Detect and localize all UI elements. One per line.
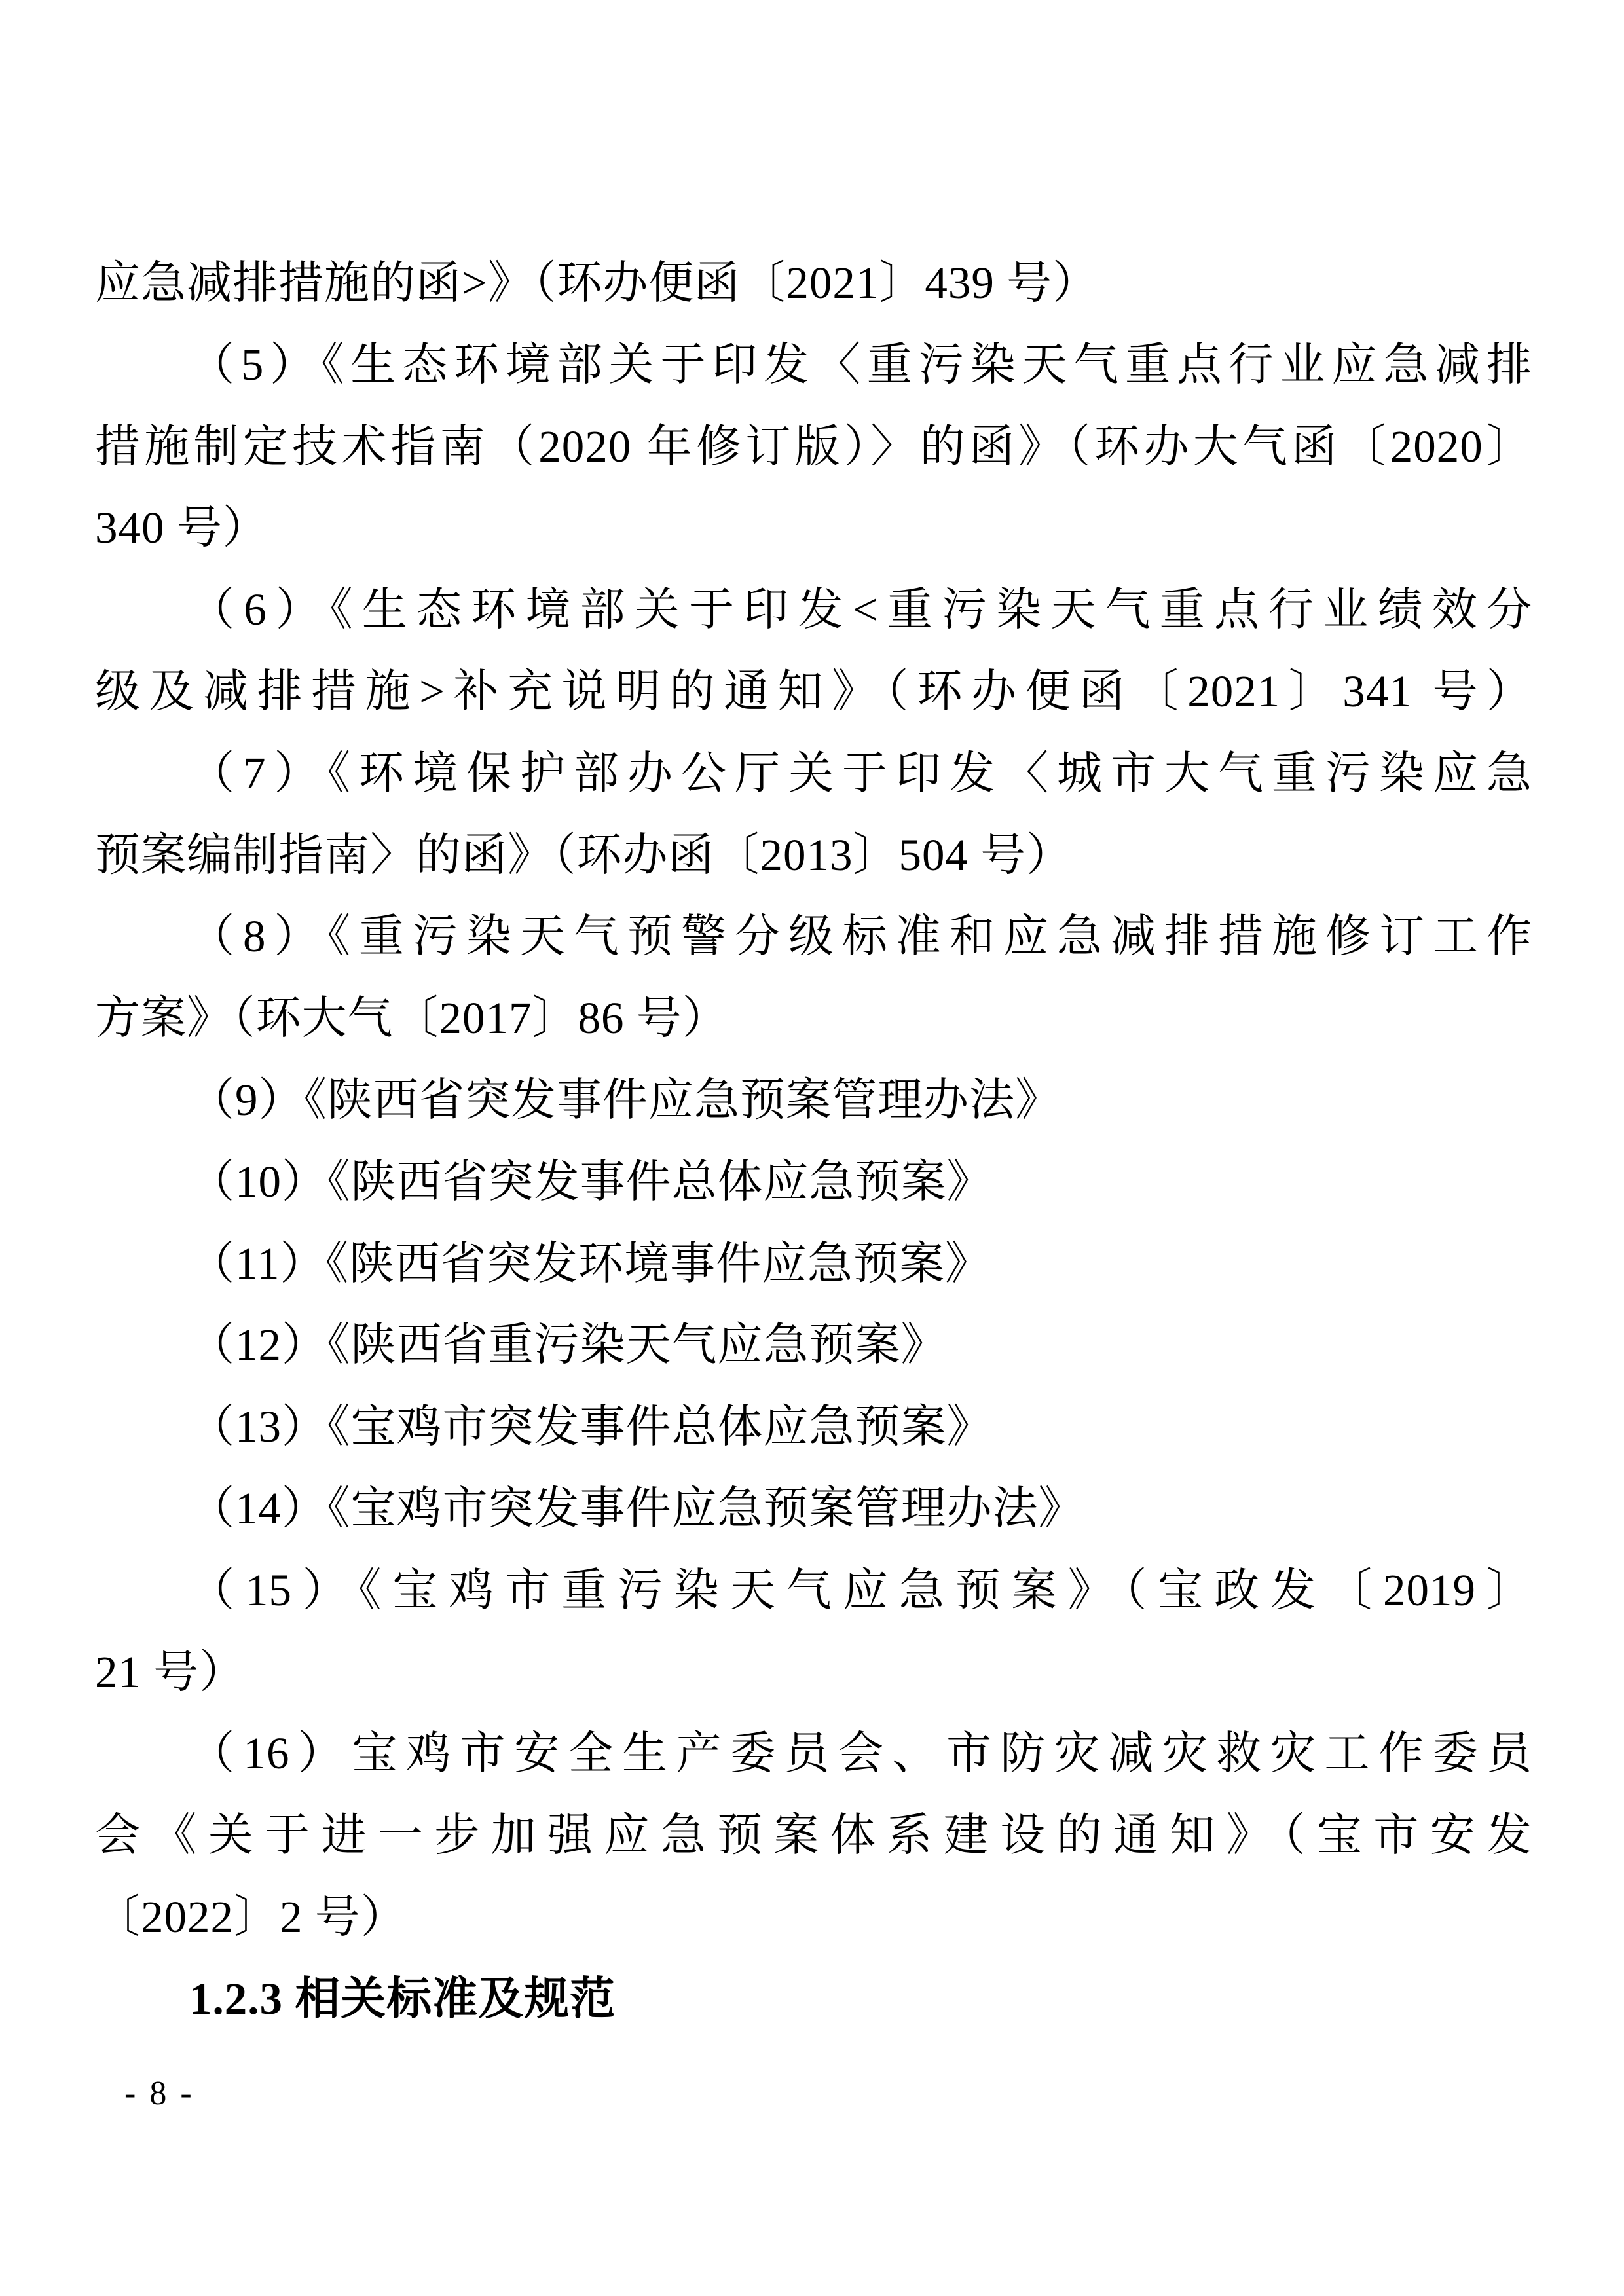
document-line: 〔2022〕2 号） <box>95 1876 1532 1958</box>
page-number: - 8 - <box>124 2068 194 2120</box>
document-line: （9）《陕西省突发事件应急预案管理办法》 <box>95 1059 1532 1141</box>
document-line: （6）《生态环境部关于印发<重污染天气重点行业绩效分 <box>95 569 1532 651</box>
document-line: 会《关于进一步加强应急预案体系建设的通知》（宝市安发 <box>95 1795 1532 1876</box>
document-line: 应急减排措施的函>》（环办便函〔2021〕439 号） <box>95 242 1532 324</box>
text-block: 应急减排措施的函>》（环办便函〔2021〕439 号） （5）《生态环境部关于印… <box>95 242 1532 2040</box>
document-line: （10）《陕西省突发事件总体应急预案》 <box>95 1141 1532 1223</box>
document-line: （8）《重污染天气预警分级标准和应急减排措施修订工作 <box>95 896 1532 977</box>
document-line: （12）《陕西省重污染天气应急预案》 <box>95 1304 1532 1386</box>
document-line: 方案》（环大气〔2017〕86 号） <box>95 977 1532 1059</box>
document-line: （14）《宝鸡市突发事件应急预案管理办法》 <box>95 1468 1532 1550</box>
document-line: （16）宝鸡市安全生产委员会、市防灾减灾救灾工作委员 <box>95 1713 1532 1795</box>
document-line: 340 号） <box>95 487 1532 569</box>
document-line: （7）《环境保护部办公厅关于印发〈城市大气重污染应急 <box>95 733 1532 814</box>
document-line: （11）《陕西省突发环境事件应急预案》 <box>95 1223 1532 1305</box>
document-line: 预案编制指南〉的函》（环办函〔2013〕504 号） <box>95 814 1532 896</box>
document-line: 21 号） <box>95 1631 1532 1713</box>
document-line: 措施制定技术指南（2020 年修订版）〉的函》（环办大气函〔2020〕 <box>95 406 1532 488</box>
document-line: （5）《生态环境部关于印发〈重污染天气重点行业应急减排 <box>95 324 1532 406</box>
document-line: （15）《宝鸡市重污染天气应急预案》（宝政发〔2019〕 <box>95 1550 1532 1631</box>
document-line: （13）《宝鸡市突发事件总体应急预案》 <box>95 1386 1532 1468</box>
section-heading: 1.2.3 相关标准及规范 <box>95 1958 1532 2040</box>
document-page: 应急减排措施的函>》（环办便函〔2021〕439 号） （5）《生态环境部关于印… <box>0 0 1624 2296</box>
document-line: 级及减排措施>补充说明的通知》（环办便函〔2021〕341 号） <box>95 651 1532 733</box>
